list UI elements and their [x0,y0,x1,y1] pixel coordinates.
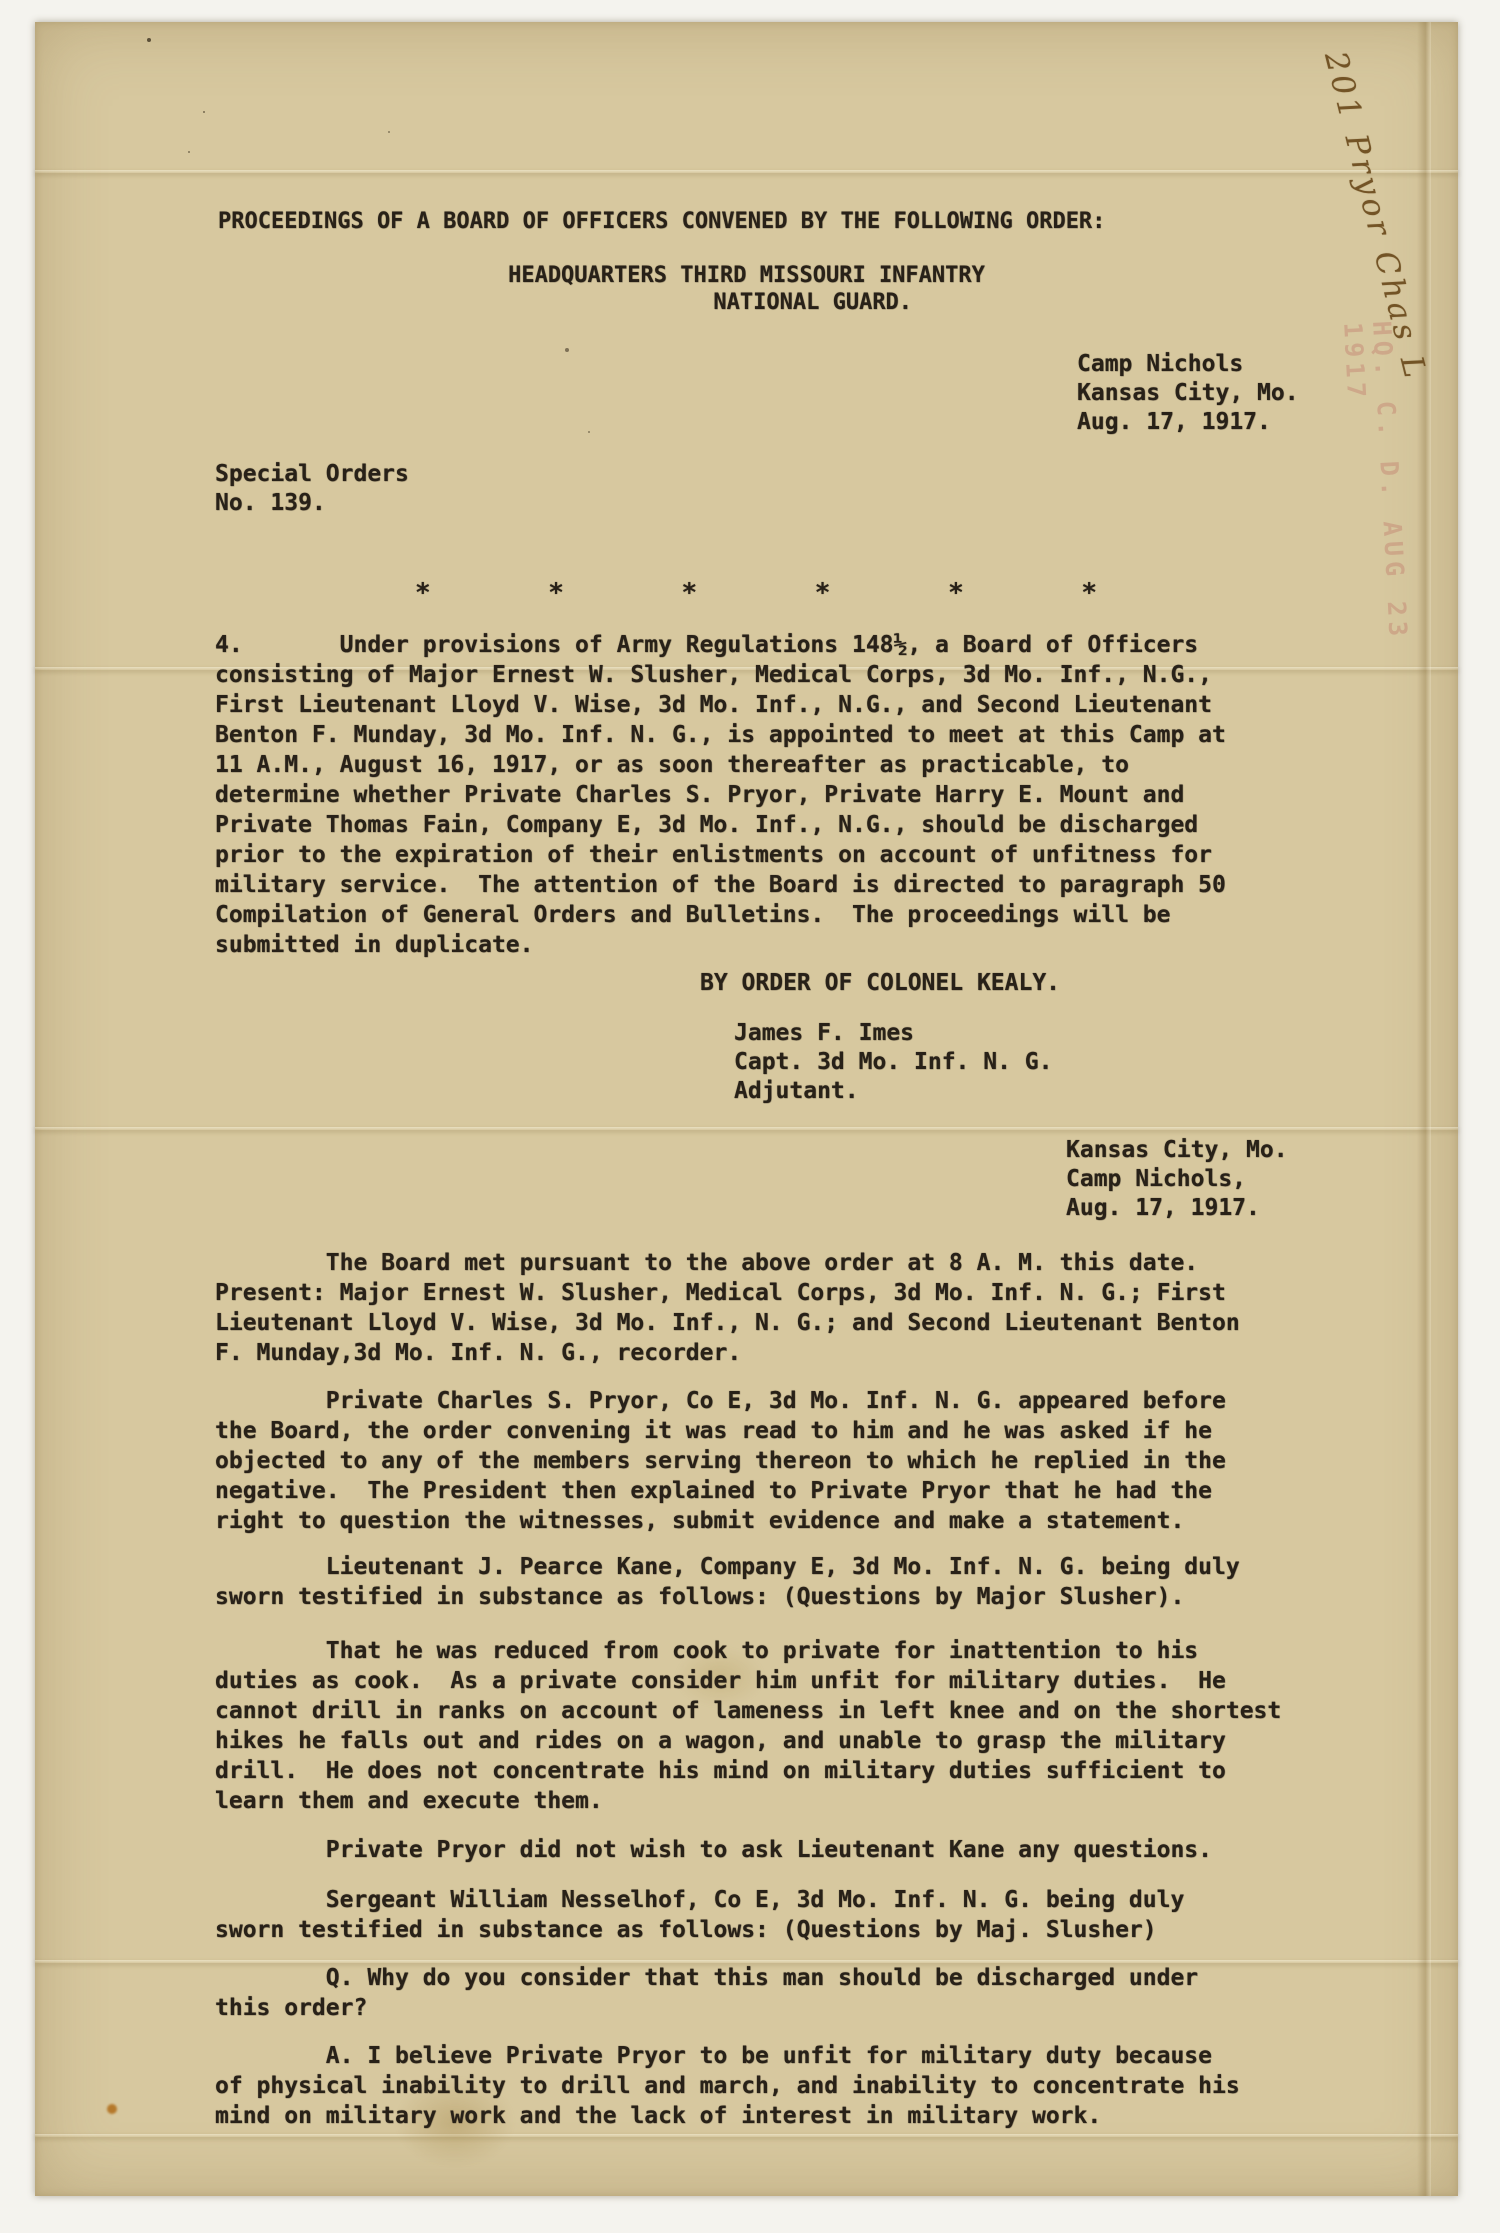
ink-specks [147,38,151,42]
qa-question: Q. Why do you consider that this man sho… [215,1963,1198,2023]
paper-crease [35,170,1458,173]
paragraph-convening-order: 4. Under provisions of Army Regulations … [215,630,1226,960]
paper-crease [35,2134,1458,2137]
paragraph-nesselhof-sworn: Sergeant William Nesselhof, Co E, 3d Mo.… [215,1885,1184,1945]
qa-answer: A. I believe Private Pryor to be unfit f… [215,2041,1240,2131]
paragraph-board-met: The Board met pursuant to the above orde… [215,1248,1240,1368]
paragraph-kane-sworn: Lieutenant J. Pearce Kane, Company E, 3d… [215,1552,1240,1612]
signature-block: James F. Imes Capt. 3d Mo. Inf. N. G. Ad… [734,1019,1053,1106]
scan-background: { "page": { "background_color": "#f4f3ee… [0,0,1500,2233]
document-page: PROCEEDINGS OF A BOARD OF OFFICERS CONVE… [35,22,1458,2196]
document-heading: PROCEEDINGS OF A BOARD OF OFFICERS CONVE… [218,208,1105,235]
paper-stain [107,2104,117,2114]
dateline-mid: Kansas City, Mo. Camp Nichols, Aug. 17, … [1066,1136,1288,1223]
special-orders-label: Special Orders No. 139. [215,460,409,518]
paragraph-kane-testimony: That he was reduced from cook to private… [215,1636,1281,1816]
letterhead: HEADQUARTERS THIRD MISSOURI INFANTRY NAT… [35,262,1458,316]
asterisk: * [948,578,964,608]
paragraph-pryor-appeared: Private Charles S. Pryor, Co E, 3d Mo. I… [215,1386,1226,1536]
by-order-line: BY ORDER OF COLONEL KEALY. [700,968,1060,998]
asterisk: * [548,578,564,608]
asterisk: * [1081,578,1097,608]
asterisk: * [682,578,698,608]
asterisk-separator: * * * * * * [415,578,1097,608]
dateline-top: Camp Nichols Kansas City, Mo. Aug. 17, 1… [1077,350,1299,437]
paper-crease [35,1127,1458,1130]
paragraph-no-questions: Private Pryor did not wish to ask Lieute… [215,1835,1212,1865]
asterisk: * [815,578,831,608]
asterisk: * [415,578,431,608]
